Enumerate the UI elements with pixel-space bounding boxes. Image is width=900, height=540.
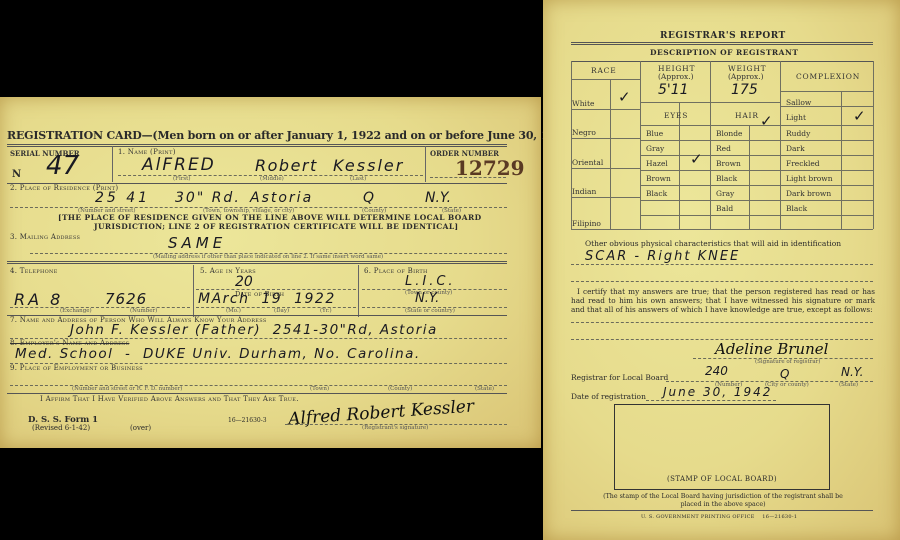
complexion-freckled: Freckled bbox=[786, 159, 820, 168]
underline bbox=[571, 264, 873, 265]
board-number: 240 bbox=[705, 364, 728, 378]
complexion-sallow: Sallow bbox=[786, 98, 811, 107]
birthplace-town: L.I.C. bbox=[405, 274, 456, 289]
complexion-black: Black bbox=[786, 204, 807, 213]
name-middle: Robert bbox=[255, 156, 318, 175]
mailing-value: SAME bbox=[168, 234, 226, 252]
complexion-dark-brown: Dark brown bbox=[786, 189, 831, 198]
board-city: Q bbox=[780, 367, 789, 381]
underline bbox=[571, 281, 873, 282]
caption-emp-street: (Number and street or R. F. D. number) bbox=[72, 386, 182, 392]
race-negro: Negro bbox=[572, 128, 596, 137]
eyes-black: Black bbox=[646, 189, 667, 198]
grid-line bbox=[571, 197, 640, 198]
complexion-light: Light bbox=[786, 113, 806, 122]
race-header: RACE bbox=[591, 66, 616, 75]
grid-line bbox=[640, 125, 873, 126]
name-last: Kessler bbox=[333, 156, 404, 175]
residence-state: N.Y. bbox=[425, 190, 451, 206]
grid-line bbox=[841, 91, 842, 229]
date-value: June 30, 1942 bbox=[663, 385, 772, 399]
registrar-signature-caption: (Signature of registrar) bbox=[755, 359, 820, 365]
race-filipino: Filipino bbox=[572, 219, 601, 228]
underline bbox=[571, 322, 873, 323]
residence-town: Astoria bbox=[250, 190, 313, 206]
hair-checkbox[interactable]: ✓ bbox=[760, 112, 773, 130]
caption-exchange: (Exchange) bbox=[60, 308, 92, 314]
mailing-caption: (Mailing address if other than place ind… bbox=[153, 254, 383, 260]
height-value: 5'11 bbox=[658, 82, 689, 98]
residence-number: 25 41 bbox=[95, 190, 150, 206]
residence-county: Q bbox=[363, 190, 374, 206]
telephone-label: 4. Telephone bbox=[10, 267, 58, 275]
complexion-ruddy: Ruddy bbox=[786, 129, 810, 138]
affirm-text: I Affirm That I Have Verified Above Answ… bbox=[40, 395, 299, 403]
eyes-gray: Gray bbox=[646, 144, 664, 153]
serial-value: 47 bbox=[46, 151, 79, 181]
grid-line bbox=[873, 61, 874, 229]
caption-day: (Day) bbox=[274, 308, 289, 314]
form-revised: (Revised 6-1-42) bbox=[32, 424, 90, 432]
hair-red: Red bbox=[716, 144, 731, 153]
caption-year: (Yr.) bbox=[320, 308, 332, 314]
divider bbox=[425, 146, 426, 182]
stamp-box: (STAMP OF LOCAL BOARD) bbox=[614, 404, 830, 490]
eyes-header: EYES bbox=[664, 111, 688, 120]
complexion-light-brown: Light brown bbox=[786, 174, 833, 183]
grid-line bbox=[571, 168, 640, 169]
birthplace-state: N.Y. bbox=[415, 291, 439, 306]
residence-street: 30" Rd. bbox=[175, 190, 241, 206]
grid-line bbox=[640, 200, 873, 201]
print-code: 16—21630-3 bbox=[228, 417, 267, 424]
grid-line bbox=[679, 102, 680, 229]
race-oriental: Oriental bbox=[572, 158, 603, 167]
grid-line bbox=[640, 102, 780, 103]
report-title: REGISTRAR'S REPORT bbox=[660, 31, 786, 41]
grid-line bbox=[640, 170, 873, 171]
registrar-board-label: Registrar for Local Board bbox=[571, 373, 668, 382]
underline bbox=[10, 307, 190, 308]
telephone-number: 7626 bbox=[105, 290, 147, 308]
caption-tel-number: (Number) bbox=[130, 308, 157, 314]
caption-emp-county: (County) bbox=[388, 386, 412, 392]
description-subtitle: DESCRIPTION OF REGISTRANT bbox=[650, 48, 798, 57]
caption-board-state: (State) bbox=[839, 382, 858, 388]
registration-card-front: REGISTRATION CARD—(Men born on or after … bbox=[0, 97, 541, 448]
residence-notice-1: [THE PLACE OF RESIDENCE GIVEN ON THE LIN… bbox=[58, 213, 482, 222]
caption-birth-state: (State or country) bbox=[405, 308, 455, 314]
hair-blonde: Blonde bbox=[716, 129, 743, 138]
caption-month: (Mo.) bbox=[226, 308, 241, 314]
complexion-light-checkbox[interactable]: ✓ bbox=[853, 107, 866, 125]
board-state: N.Y. bbox=[841, 365, 863, 379]
title-rule bbox=[571, 42, 873, 45]
grid-line bbox=[610, 79, 611, 229]
grid-line bbox=[640, 155, 873, 156]
eyes-blue: Blue bbox=[646, 129, 663, 138]
grid-line bbox=[640, 185, 873, 186]
age-value: 20 bbox=[235, 274, 253, 290]
weight-sub: (Approx.) bbox=[728, 72, 764, 81]
grid-line bbox=[571, 79, 640, 80]
eyes-hazel: Hazel bbox=[646, 159, 668, 168]
registrar-signature: Adeline Brunel bbox=[715, 340, 828, 358]
eyes-brown: Brown bbox=[646, 174, 671, 183]
grid-line bbox=[571, 109, 640, 110]
date-label: Date of registration bbox=[571, 392, 646, 401]
footer-rule bbox=[571, 510, 873, 511]
grid-line bbox=[571, 229, 873, 230]
grid-line bbox=[640, 215, 873, 216]
hair-header: HAIR bbox=[735, 111, 759, 120]
race-white: White bbox=[572, 99, 594, 108]
table-top-rule bbox=[571, 61, 873, 62]
caption-emp-town: (Town) bbox=[310, 386, 329, 392]
grid-line bbox=[571, 61, 572, 229]
hair-bald: Bald bbox=[716, 204, 733, 213]
employer-value: Med. School - DUKE Univ. Durham, No. Car… bbox=[15, 346, 421, 362]
underline bbox=[646, 400, 776, 401]
dob-value: MArch 19 1922 bbox=[198, 291, 336, 307]
grid-line bbox=[640, 61, 641, 229]
divider bbox=[358, 265, 359, 317]
title-rule bbox=[7, 144, 507, 147]
grid-line bbox=[571, 138, 640, 139]
caption-middle: (Middle) bbox=[260, 176, 284, 182]
other-characteristics-value: SCAR - Right KNEE bbox=[585, 249, 740, 264]
underline bbox=[430, 177, 506, 178]
hair-brown: Brown bbox=[716, 159, 741, 168]
caption-emp-state: (State) bbox=[475, 386, 494, 392]
serial-prefix: N bbox=[12, 169, 21, 180]
over-label: (over) bbox=[130, 424, 151, 432]
caption-last: (Last) bbox=[350, 176, 366, 182]
name-first: AlFRED bbox=[142, 155, 216, 175]
card-title: REGISTRATION CARD—(Men born on or after … bbox=[7, 129, 575, 142]
grid-line bbox=[640, 140, 873, 141]
complexion-dark: Dark bbox=[786, 144, 805, 153]
grid-line bbox=[780, 61, 781, 229]
grid-line bbox=[780, 91, 873, 92]
certify-text: I certify that my answers are true; that… bbox=[571, 287, 875, 314]
mailing-label: 3. Mailing Address bbox=[10, 233, 80, 241]
stamp-note: (The stamp of the Local Board having jur… bbox=[603, 493, 843, 508]
grid-line bbox=[710, 61, 711, 229]
complexion-header: COMPLEXION bbox=[796, 72, 860, 81]
employment-place-label: 9. Place of Employment or Business bbox=[10, 364, 143, 372]
weight-value: 175 bbox=[731, 82, 758, 98]
hair-gray: Gray bbox=[716, 189, 734, 198]
height-sub: (Approx.) bbox=[658, 72, 694, 81]
race-indian: Indian bbox=[572, 187, 596, 196]
section-rule bbox=[7, 261, 507, 264]
divider bbox=[112, 146, 113, 182]
registrars-report-back: REGISTRAR'S REPORT DESCRIPTION OF REGIST… bbox=[543, 0, 900, 540]
printer-imprint: U. S. GOVERNMENT PRINTING OFFICE 16—2163… bbox=[641, 514, 797, 520]
eyes-hazel-checkbox[interactable]: ✓ bbox=[690, 150, 703, 168]
other-characteristics-label: Other obvious physical characteristics t… bbox=[585, 239, 841, 248]
hair-black: Black bbox=[716, 174, 737, 183]
residence-notice-2: JURISDICTION; LINE 2 OF REGISTRATION CER… bbox=[94, 222, 459, 231]
signature-caption: (Registrant's signature) bbox=[362, 425, 428, 431]
caption-first: (First) bbox=[173, 176, 191, 182]
race-white-checkbox[interactable]: ✓ bbox=[618, 88, 631, 106]
contact-value: John F. Kessler (Father) 2541-30"Rd, Ast… bbox=[70, 322, 438, 338]
divider bbox=[193, 265, 194, 317]
section-rule bbox=[7, 393, 507, 394]
stamp-label: (STAMP OF LOCAL BOARD) bbox=[615, 475, 829, 483]
